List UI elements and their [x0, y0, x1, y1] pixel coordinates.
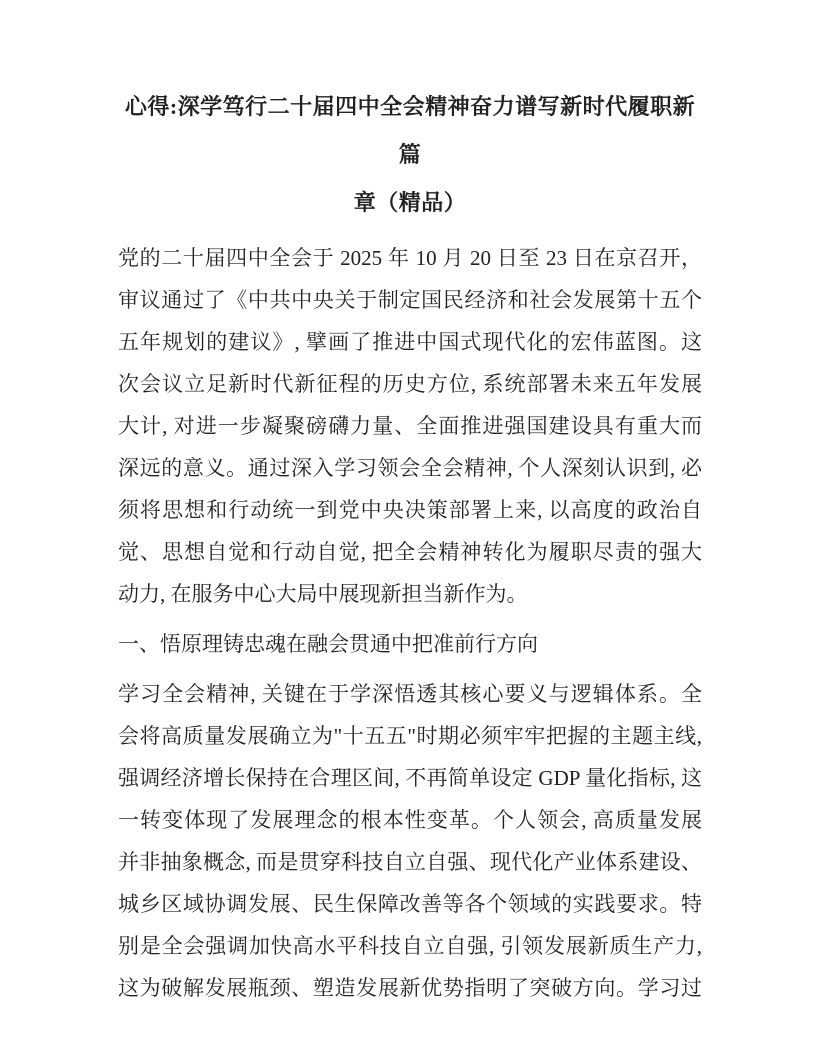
text-line: 别是全会强调加快高水平科技自立自强, 引领发展新质生产力,: [118, 925, 702, 967]
text-line: 强调经济增长保持在合理区间, 不再简单设定 GDP 量化指标, 这: [118, 757, 702, 799]
text-line: 党的二十届四中全会于 2025 年 10 月 20 日至 23 日在京召开，: [118, 237, 702, 279]
heading-line: 一、悟原理铸忠魂在融会贯通中把准前行方向: [118, 623, 702, 665]
text-line: 并非抽象概念, 而是贯穿科技自立自强、现代化产业体系建设、: [118, 841, 702, 883]
text-line: 城乡区域协调发展、民生保障改善等各个领域的实践要求。特: [118, 883, 702, 925]
text-line: 五年规划的建议》, 擘画了推进中国式现代化的宏伟蓝图。这: [118, 321, 702, 363]
title-line: 心得:深学笃行二十届四中全会精神奋力谱写新时代履职新篇: [118, 83, 702, 179]
text-line: 学习全会精神, 关键在于学深悟透其核心要义与逻辑体系。全: [118, 673, 702, 715]
text-line: 须将思想和行动统一到党中央决策部署上来, 以高度的政治自: [118, 489, 702, 531]
text-line: 大计, 对进一步凝聚磅礴力量、全面推进强国建设具有重大而: [118, 405, 702, 447]
text-line: 动力, 在服务中心大局中展现新担当新作为。: [118, 573, 702, 615]
body-paragraph: 党的二十届四中全会于 2025 年 10 月 20 日至 23 日在京召开，审议…: [118, 237, 702, 615]
body-paragraph: 学习全会精神, 关键在于学深悟透其核心要义与逻辑体系。全会将高质量发展确立为"十…: [118, 673, 702, 1009]
document-page: 心得:深学笃行二十届四中全会精神奋力谱写新时代履职新篇章（精品） 党的二十届四中…: [0, 0, 816, 1056]
text-line: 这为破解发展瓶颈、塑造发展新优势指明了突破方向。学习过: [118, 967, 702, 1009]
document-body: 党的二十届四中全会于 2025 年 10 月 20 日至 23 日在京召开，审议…: [118, 237, 702, 1009]
document-title: 心得:深学笃行二十届四中全会精神奋力谱写新时代履职新篇章（精品）: [118, 83, 702, 227]
text-line: 次会议立足新时代新征程的历史方位, 系统部署未来五年发展: [118, 363, 702, 405]
section-heading: 一、悟原理铸忠魂在融会贯通中把准前行方向: [118, 623, 702, 665]
text-line: 会将高质量发展确立为"十五五"时期必须牢牢把握的主题主线,: [118, 715, 702, 757]
text-line: 一转变体现了发展理念的根本性变革。个人领会, 高质量发展: [118, 799, 702, 841]
title-line: 章（精品）: [118, 179, 702, 227]
text-line: 深远的意义。通过深入学习领会全会精神, 个人深刻认识到, 必: [118, 447, 702, 489]
text-line: 审议通过了《中共中央关于制定国民经济和社会发展第十五个: [118, 279, 702, 321]
text-line: 觉、思想自觉和行动自觉, 把全会精神转化为履职尽责的强大: [118, 531, 702, 573]
